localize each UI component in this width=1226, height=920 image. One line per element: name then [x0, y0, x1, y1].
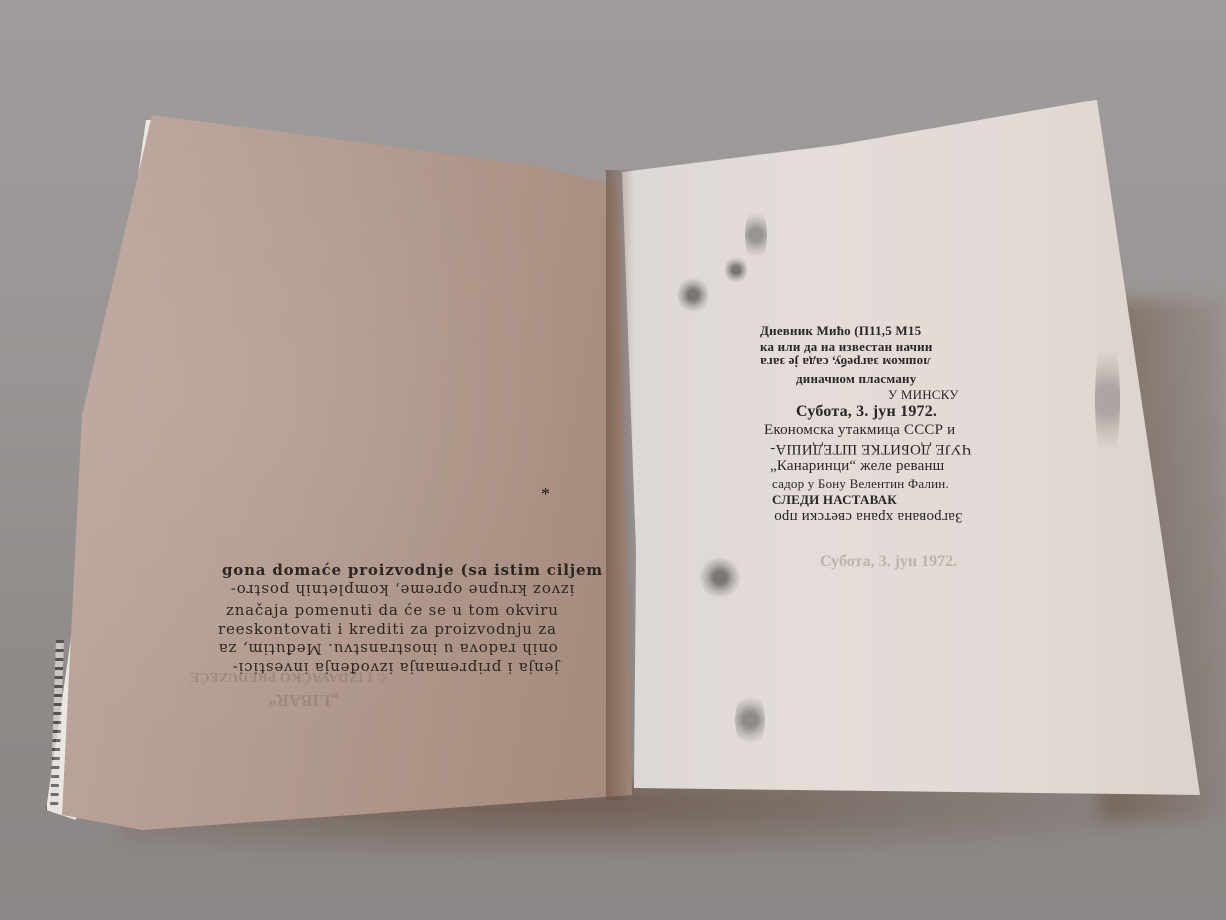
left-line-2: izvoz krupne opreme, kompletnih postro- [222, 582, 603, 597]
right-line-1: Дневник Мићо (П11,5 М15 [760, 324, 971, 337]
ink-smudge [700, 555, 740, 600]
ink-smudge [725, 255, 747, 285]
book-gutter [606, 170, 634, 800]
right-line-4: диначном пласману [760, 372, 971, 385]
left-line-4: reeskontovati i krediti za proizvodnju z… [218, 622, 603, 637]
left-page-ghost-line-1: © 1 IZDAVAČKO PREDUZEĆE [190, 668, 388, 684]
left-page-text: gona domaće proizvodnje (sa istim ciljem… [222, 563, 603, 679]
right-line-7: Економска утакмица СССР и [760, 423, 971, 438]
right-line-11: СЛЕДИ НАСТАВАК [760, 493, 971, 506]
right-line-9: „Канаринци“ желе реванш [760, 459, 971, 474]
right-line-5: У МИНСКУ [760, 388, 971, 401]
right-line-12: Загрована храна светски про [760, 509, 971, 524]
right-line-3: лошком загребу, сада је зага [760, 356, 971, 369]
left-page-ghost-line-2: „LIBAR“ [268, 690, 339, 710]
ink-smudge [678, 275, 708, 315]
right-line-2: ка или да на известан начин [760, 340, 971, 353]
right-line-6: Субота, 3. јун 1972. [760, 404, 971, 420]
right-page-text: Дневник Мићо (П11,5 М15 ка или да на изв… [760, 324, 971, 527]
asterisk-mark: * [541, 484, 550, 505]
ink-smudge [745, 205, 767, 265]
ink-smudge [1095, 330, 1120, 470]
left-page [62, 115, 632, 830]
ink-smudge [735, 690, 765, 750]
left-line-1: gona domaće proizvodnje (sa istim ciljem [222, 563, 603, 578]
left-line-3: značaja pomenuti da će se u tom okviru [222, 603, 603, 618]
right-line-8: ЧУЈЕ ДОБИТКЕ ШТЕДИША- [760, 441, 971, 456]
right-line-10: садор у Бону Велентин Фалин. [760, 477, 971, 490]
photo-scene: Субота, 3. јун 1972. Дневник Мићо (П11,5… [0, 0, 1226, 920]
left-line-5: onih radova u inostranstvu. Međutim, za [218, 641, 603, 656]
right-page-ghost-text: Субота, 3. јун 1972. [820, 553, 957, 571]
